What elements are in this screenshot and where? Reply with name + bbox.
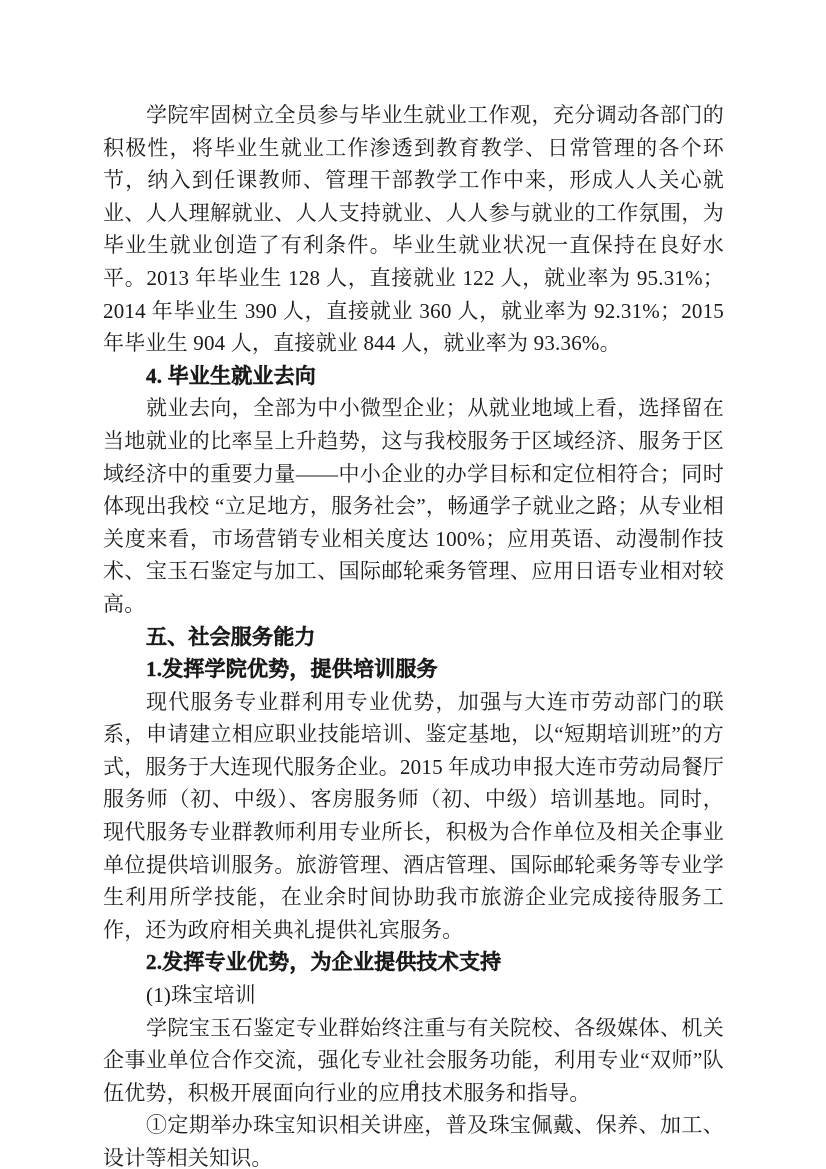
heading-4-graduate-employment-destination: 4. 毕业生就业去向	[103, 360, 724, 393]
page-body-text: 学院牢固树立全员参与毕业生就业工作观，充分调动各部门的积极性，将毕业生就业工作渗…	[103, 99, 724, 1169]
paragraph-employment-overview: 学院牢固树立全员参与毕业生就业工作观，充分调动各部门的积极性，将毕业生就业工作渗…	[103, 99, 724, 360]
paragraph-jewelry-training-label: (1)珠宝培训	[103, 979, 724, 1012]
paragraph-training-services: 现代服务专业群利用专业优势，加强与大连市劳动部门的联系，申请建立相应职业技能培训…	[103, 686, 724, 947]
heading-5-social-service-capability: 五、社会服务能力	[103, 621, 724, 654]
page-number: 6	[0, 1078, 826, 1096]
heading-5-1-training-services: 1.发挥学院优势，提供培训服务	[103, 653, 724, 686]
paragraph-employment-destination: 就业去向，全部为中小微型企业；从就业地域上看，选择留在当地就业的比率呈上升趋势，…	[103, 392, 724, 620]
paragraph-jewelry-lectures: ①定期举办珠宝知识相关讲座，普及珠宝佩戴、保养、加工、设计等相关知识。	[103, 1109, 724, 1169]
document-page: 学院牢固树立全员参与毕业生就业工作观，充分调动各部门的积极性，将毕业生就业工作渗…	[0, 0, 826, 1169]
heading-5-2-technical-support: 2.发挥专业优势，为企业提供技术支持	[103, 946, 724, 979]
